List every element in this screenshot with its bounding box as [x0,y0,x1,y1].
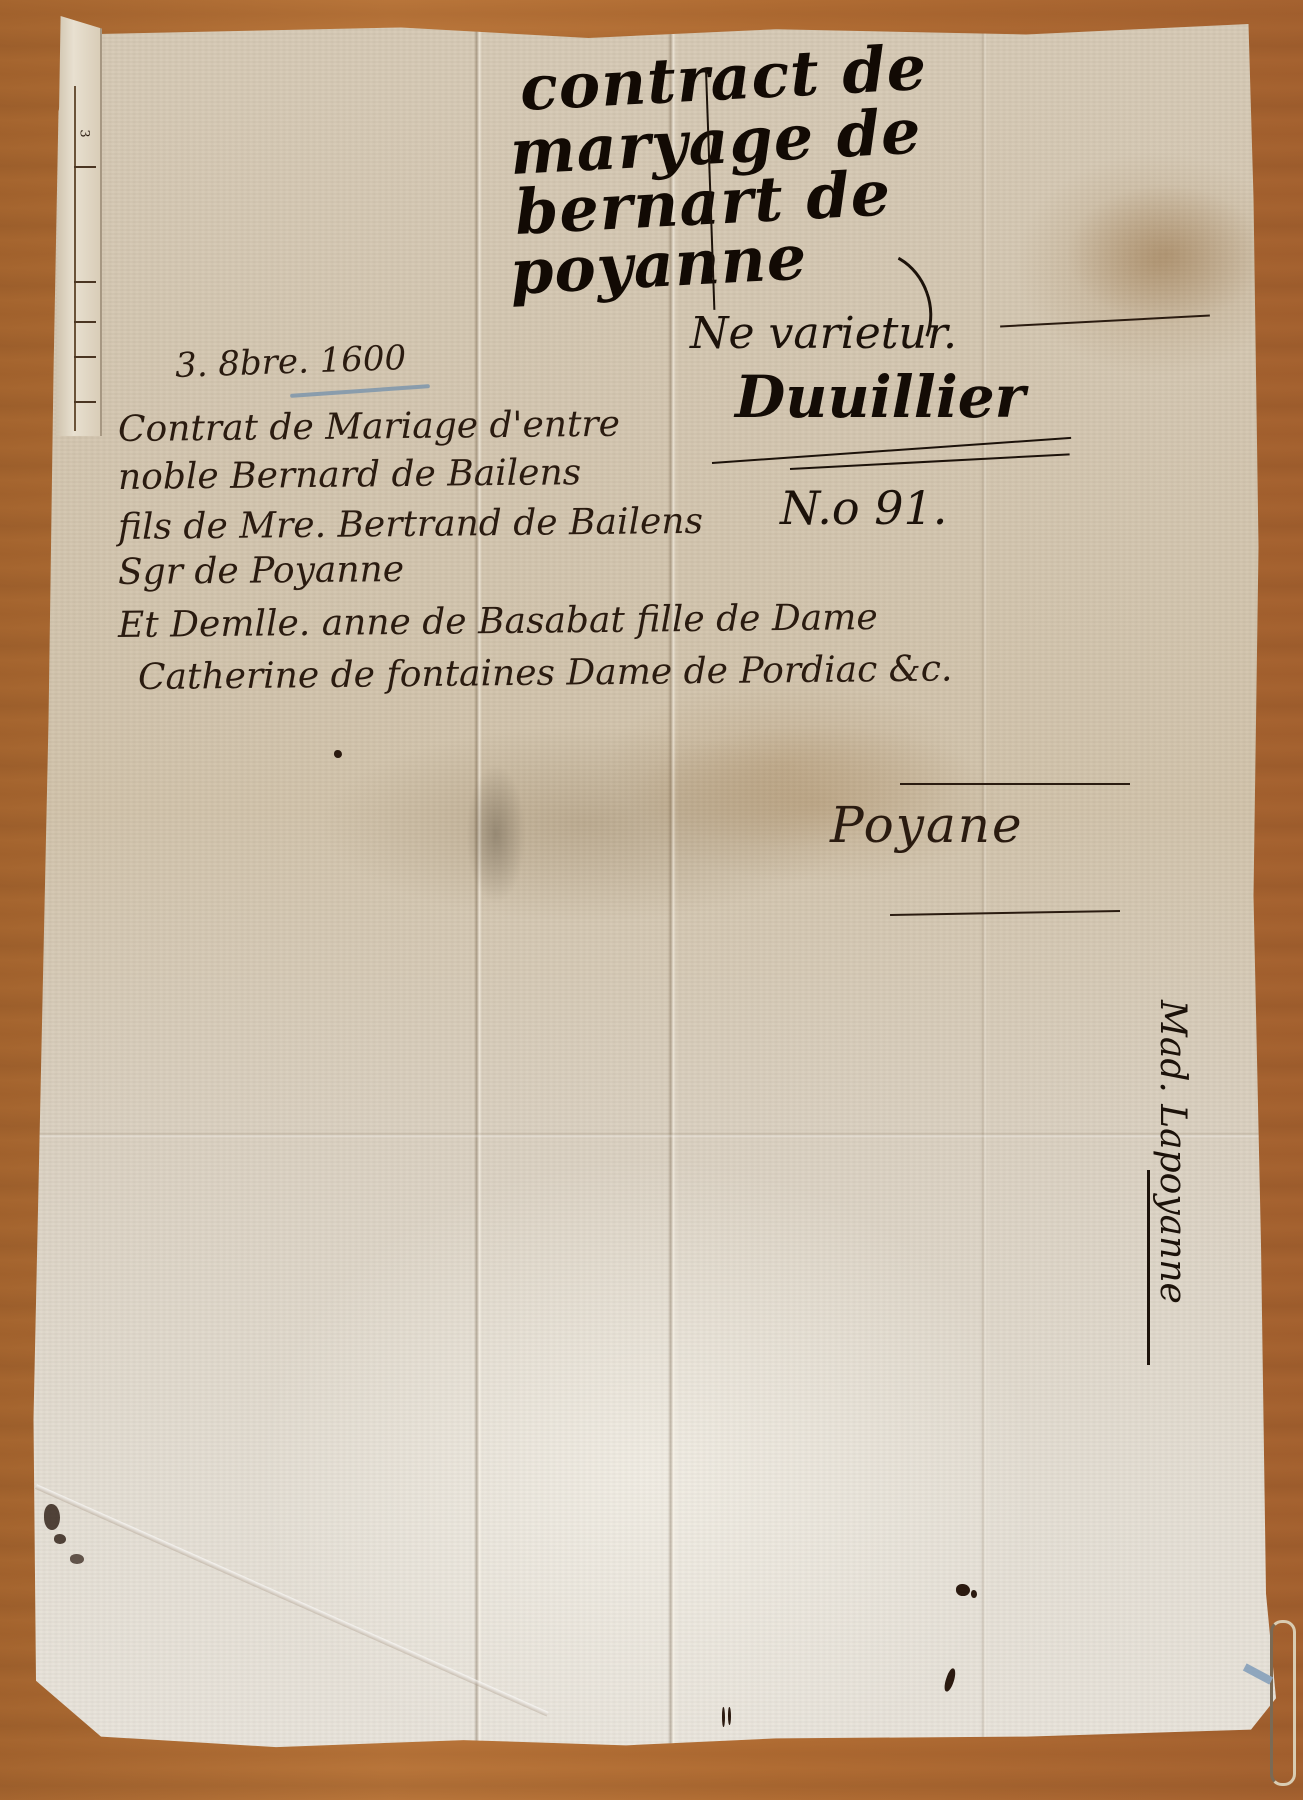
binding-spine [74,86,76,431]
summary-line-3: fils de Mre. Bertrand de Bailens [118,504,703,546]
ink-spot [722,1707,725,1727]
summary-line-1: Contrat de Mariage d'entre [118,407,620,448]
date: 3. 8bre. 1600 [174,341,406,383]
fold-line-diagonal-corner [35,1484,549,1716]
poyane-signature: Poyane [830,800,1024,850]
stitch-mark [74,321,96,323]
binding-number: 3 [77,129,92,137]
binding-thread [1270,1620,1296,1786]
ink-spot [956,1584,970,1596]
summary-line-2: noble Bernard de Bailens [118,455,582,496]
signature-overline [900,783,1130,785]
summary-line-6: Catherine de fontaines Dame de Pordiac &… [138,651,953,696]
water-stain [1066,184,1266,324]
ne-varietur-annotation: Ne varietur. [690,312,957,356]
summary-line-5: Et Demlle. anne de Basabat fille de Dame [118,600,878,644]
stitch-mark [74,356,96,358]
ink-spot [942,1667,957,1692]
fold-line-vertical [981,24,987,1768]
ink-spot [971,1590,977,1598]
ink-spot [54,1534,66,1544]
stitch-mark [74,401,96,403]
stitch-mark [74,166,96,168]
document-number: N.o 91. [780,485,947,531]
binding-strip: 3 [56,16,102,436]
fold-line-vertical [474,24,482,1768]
fold-line-horizontal [26,1132,1276,1138]
ink-spot [70,1554,84,1564]
notary-signature: Duuillier [735,368,1025,426]
title-line-4: poyanne [508,226,808,303]
margin-note-underline [1147,1170,1150,1365]
margin-note-vertical: Mad. Lapoyanne [1154,1000,1190,1304]
date-text: 3. 8bre. 1600 [174,338,406,386]
summary-line-4: Sgr de Poyanne [118,552,404,591]
ink-spot [44,1504,60,1530]
ink-spot [334,750,342,758]
ink-spot [728,1707,731,1725]
stitch-mark [74,281,96,283]
